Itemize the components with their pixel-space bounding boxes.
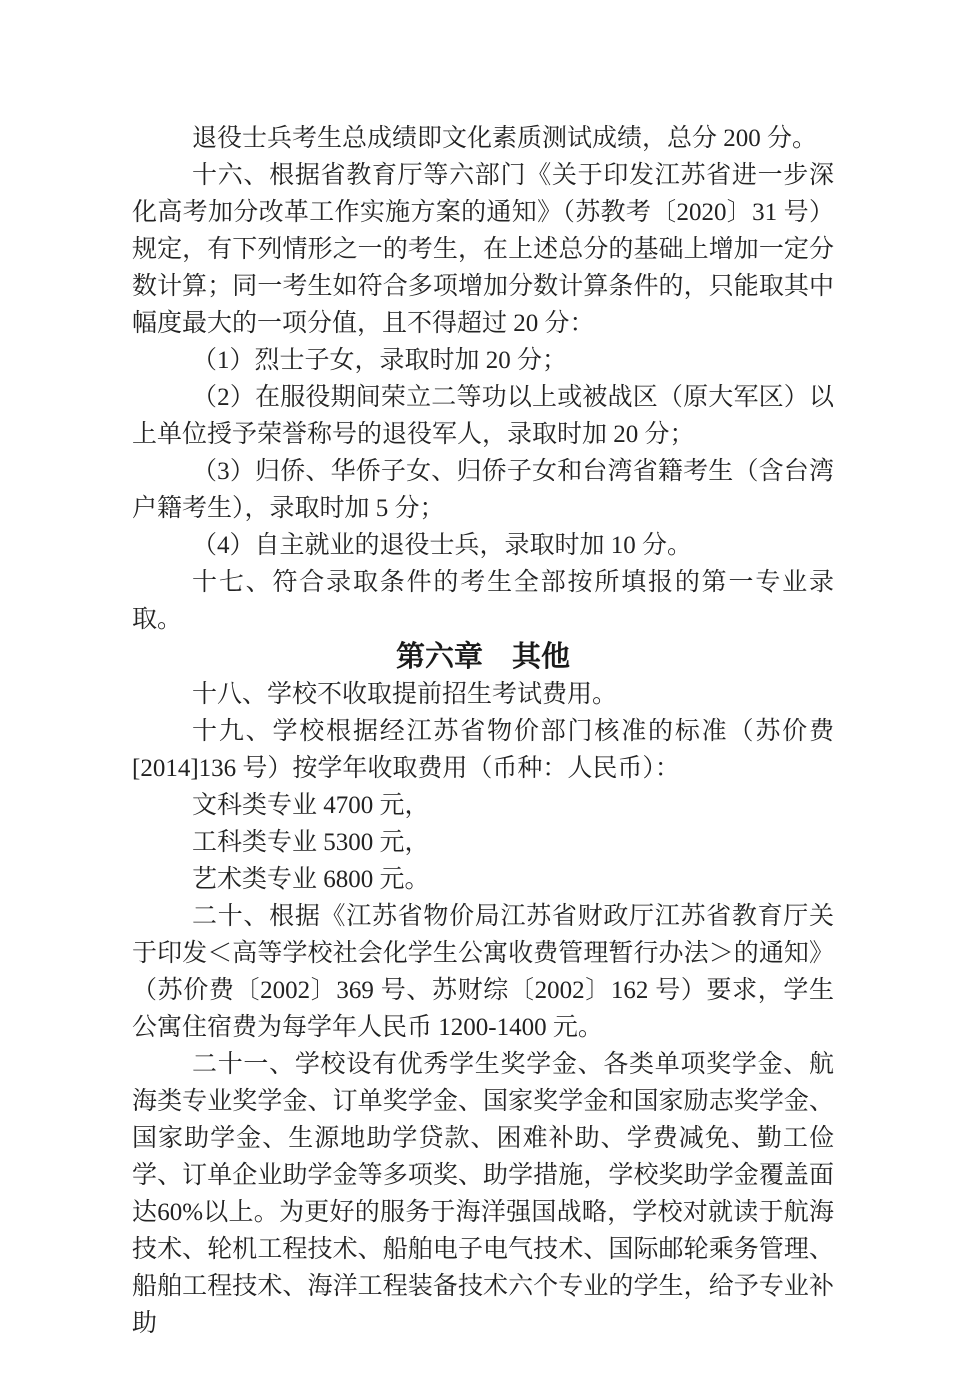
paragraph: （1）烈士子女，录取时加 20 分；: [132, 342, 834, 379]
paragraph: 十九、学校根据经江苏省物价部门核准的标准（苏价费[2014]136 号）按学年收…: [132, 713, 834, 787]
paragraph: 二十一、学校设有优秀学生奖学金、各类单项奖学金、航海类专业奖学金、订单奖学金、国…: [132, 1046, 834, 1342]
chapter-heading: 第六章 其他: [132, 638, 834, 676]
paragraph: 退役士兵考生总成绩即文化素质测试成绩，总分 200 分。: [132, 120, 834, 157]
paragraph: 十七、符合录取条件的考生全部按所填报的第一专业录取。: [132, 564, 834, 638]
paragraph: 十八、学校不收取提前招生考试费用。: [132, 676, 834, 713]
paragraph: 文科类专业 4700 元，: [132, 787, 834, 824]
document-page: 退役士兵考生总成绩即文化素质测试成绩，总分 200 分。十六、根据省教育厅等六部…: [0, 0, 979, 1379]
paragraph: （3）归侨、华侨子女、归侨子女和台湾省籍考生（含台湾户籍考生），录取时加 5 分…: [132, 453, 834, 527]
paragraph: （4）自主就业的退役士兵，录取时加 10 分。: [132, 527, 834, 564]
paragraph: 二十、根据《江苏省物价局江苏省财政厅江苏省教育厅关于印发＜高等学校社会化学生公寓…: [132, 898, 834, 1046]
paragraph: 十六、根据省教育厅等六部门《关于印发江苏省进一步深化高考加分改革工作实施方案的通…: [132, 157, 834, 342]
paragraph: 工科类专业 5300 元，: [132, 824, 834, 861]
paragraph: 艺术类专业 6800 元。: [132, 861, 834, 898]
document-body: 退役士兵考生总成绩即文化素质测试成绩，总分 200 分。十六、根据省教育厅等六部…: [132, 120, 834, 1342]
paragraph: （2）在服役期间荣立二等功以上或被战区（原大军区）以上单位授予荣誉称号的退役军人…: [132, 379, 834, 453]
